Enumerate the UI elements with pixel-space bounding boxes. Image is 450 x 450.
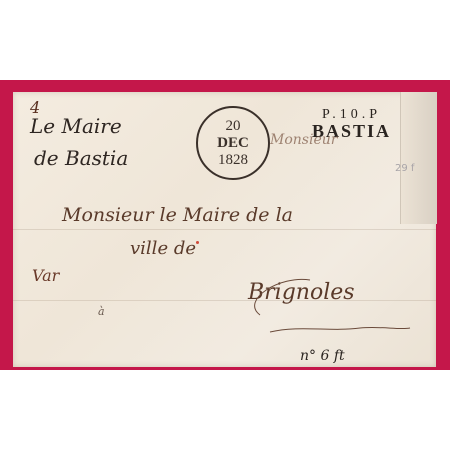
date-stamp: 20 DEC 1828 <box>196 106 270 180</box>
address-line-2: ville de <box>130 238 196 259</box>
date-stamp-year: 1828 <box>198 153 268 168</box>
letter-flap <box>400 92 437 224</box>
bottom-scrawl: n° 6 ft <box>300 348 345 364</box>
postmark-code: P.10.P <box>312 108 391 122</box>
fold-line <box>13 229 436 230</box>
sender-line-2: de Bastia <box>34 146 128 170</box>
address-department: Var <box>32 266 59 285</box>
date-stamp-day: 20 <box>198 119 268 134</box>
address-prefix: à <box>98 305 105 318</box>
date-stamp-month: DEC <box>198 136 268 151</box>
red-ink-mark <box>196 241 199 244</box>
address-salutation-faint: Monsieur <box>270 132 337 148</box>
pencil-note: 29 f <box>395 163 414 174</box>
sender-line-1: Le Maire <box>30 114 122 138</box>
flourish-icon <box>240 270 430 350</box>
address-line-1: Monsieur le Maire de la <box>62 204 293 226</box>
